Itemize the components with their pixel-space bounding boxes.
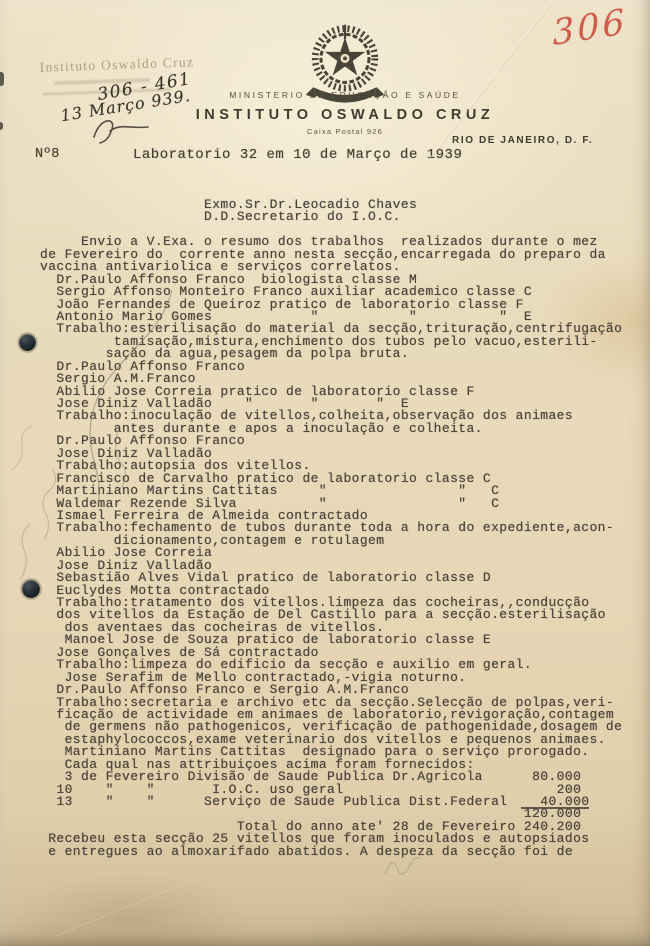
city-line: RIO DE JANEIRO, D. F. <box>452 135 593 146</box>
typed-line: D.D.Secretario do I.O.C. <box>40 211 622 223</box>
punch-hole <box>19 334 36 351</box>
handwritten-initials <box>86 113 158 145</box>
document-page: MINISTERIO DA EDUCAÇÃO E SAÚDE INSTITUTO… <box>0 0 650 946</box>
punch-hole <box>22 580 40 598</box>
edge-mark <box>0 122 3 130</box>
document-number: Nº8 <box>35 147 59 162</box>
letterhead: MINISTERIO DA EDUCAÇÃO E SAÚDE INSTITUTO… <box>150 90 540 136</box>
paper-crease <box>56 883 187 937</box>
typed-body: Exmo.Sr.Dr.Leocadio Chaves D.D.Secretari… <box>40 199 622 858</box>
document-date-line: Laboratorio 32 em 10 de Março de 1939 <box>133 147 462 163</box>
institute-name: INSTITUTO OSWALDO CRUZ <box>150 107 540 123</box>
edge-mark <box>0 72 4 86</box>
sum-underline <box>521 807 589 809</box>
typed-line: e entregues ao almoxarifado abatidos. A … <box>40 846 622 858</box>
red-page-number: 306 <box>551 2 628 54</box>
